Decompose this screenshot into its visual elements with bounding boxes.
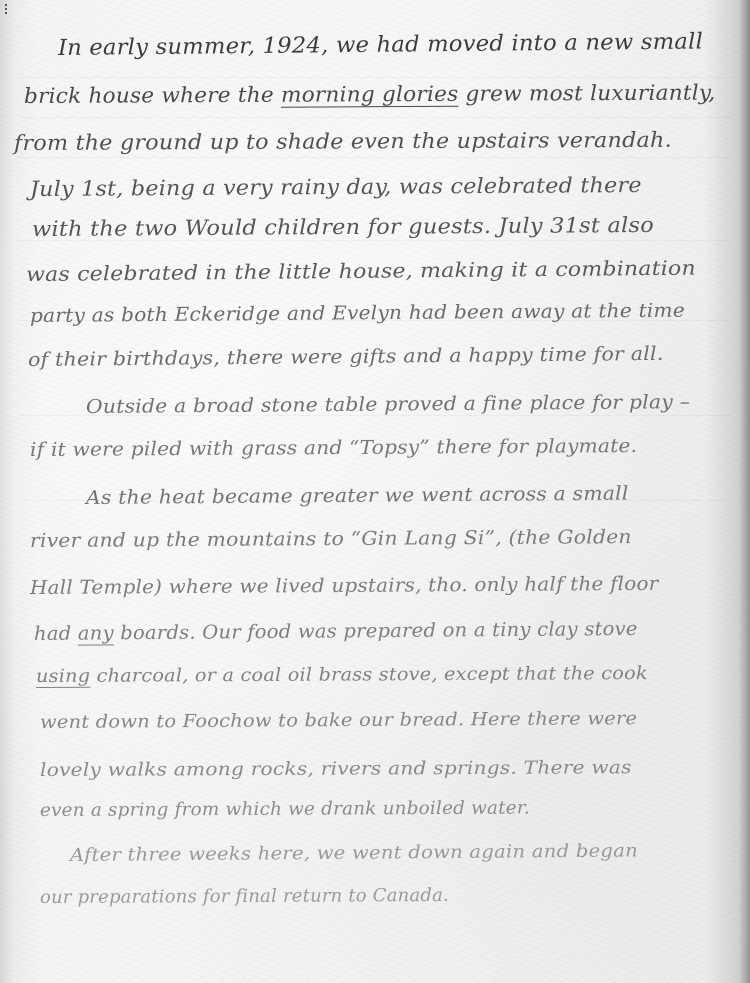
text-line-13: Hall Temple) where we lived upstairs, th… xyxy=(30,573,659,599)
line-text: from the ground up to shade even the ups… xyxy=(14,128,672,155)
text-line-6: was celebrated in the little house, maki… xyxy=(26,256,696,286)
text-line-8: of their birthdays, there were gifts and… xyxy=(28,343,664,371)
line-text: July 1st, being a very rainy day, was ce… xyxy=(30,173,642,201)
underlined-text: using xyxy=(36,666,90,687)
underlined-text: morning glories xyxy=(281,82,459,107)
text-line-9: Outside a broad stone table proved a fin… xyxy=(86,391,690,418)
margin-mark xyxy=(5,4,10,14)
ruled-line xyxy=(18,117,730,118)
line-text: river and up the mountains to “Gin Lang … xyxy=(30,526,632,552)
line-text: Hall Temple) where we lived upstairs, th… xyxy=(30,573,659,599)
line-text: Outside a broad stone table proved a fin… xyxy=(86,391,690,418)
text-line-17: lovely walks among rocks, rivers and spr… xyxy=(40,757,632,781)
line-text: party as both Eckeridge and Evelyn had b… xyxy=(30,300,685,327)
text-line-19: After three weeks here, we went down aga… xyxy=(70,840,638,866)
line-text: charcoal, or a coal oil brass stove, exc… xyxy=(90,663,648,687)
text-line-7: party as both Eckeridge and Evelyn had b… xyxy=(30,300,685,327)
line-text: After three weeks here, we went down aga… xyxy=(70,840,638,866)
text-line-10: if it were piled with grass and “Topsy” … xyxy=(30,435,637,461)
line-text: As the heat became greater we went acros… xyxy=(86,483,629,509)
text-line-14: had any boards. Our food was prepared on… xyxy=(34,618,638,645)
text-line-15: using charcoal, or a coal oil brass stov… xyxy=(36,663,648,687)
line-text: our preparations for final return to Can… xyxy=(40,885,449,908)
line-text: with the two Would children for guests. … xyxy=(32,213,654,241)
line-text: lovely walks among rocks, rivers and spr… xyxy=(40,757,632,781)
line-text: even a spring from which we drank unboil… xyxy=(40,797,530,821)
text-line-20: our preparations for final return to Can… xyxy=(40,885,449,908)
text-line-11: As the heat became greater we went acros… xyxy=(86,483,629,509)
handwritten-page: In early summer, 1924, we had moved into… xyxy=(0,0,750,983)
text-line-4: July 1st, being a very rainy day, was ce… xyxy=(30,173,642,201)
underlined-text: any xyxy=(78,622,114,644)
line-text: was celebrated in the little house, maki… xyxy=(26,256,696,286)
line-text: brick house where the xyxy=(24,83,281,108)
line-text: grew most luxuriantly, xyxy=(458,80,715,105)
ruled-line xyxy=(18,77,730,78)
text-line-5: with the two Would children for guests. … xyxy=(32,213,654,241)
text-line-3: from the ground up to shade even the ups… xyxy=(14,128,672,155)
line-text: had xyxy=(34,623,78,645)
text-line-12: river and up the mountains to “Gin Lang … xyxy=(30,526,632,552)
text-line-18: even a spring from which we drank unboil… xyxy=(40,797,530,821)
text-line-16: went down to Foochow to bake our bread. … xyxy=(40,708,637,733)
text-line-1: In early summer, 1924, we had moved into… xyxy=(58,29,703,61)
line-text: boards. Our food was prepared on a tiny … xyxy=(114,618,638,644)
line-text: of their birthdays, there were gifts and… xyxy=(28,343,664,371)
line-text: went down to Foochow to bake our bread. … xyxy=(40,708,637,733)
ruled-line xyxy=(18,157,730,158)
line-text: if it were piled with grass and “Topsy” … xyxy=(30,435,637,461)
text-line-2: brick house where the morning glories gr… xyxy=(24,80,716,108)
line-text: In early summer, 1924, we had moved into… xyxy=(58,29,703,61)
